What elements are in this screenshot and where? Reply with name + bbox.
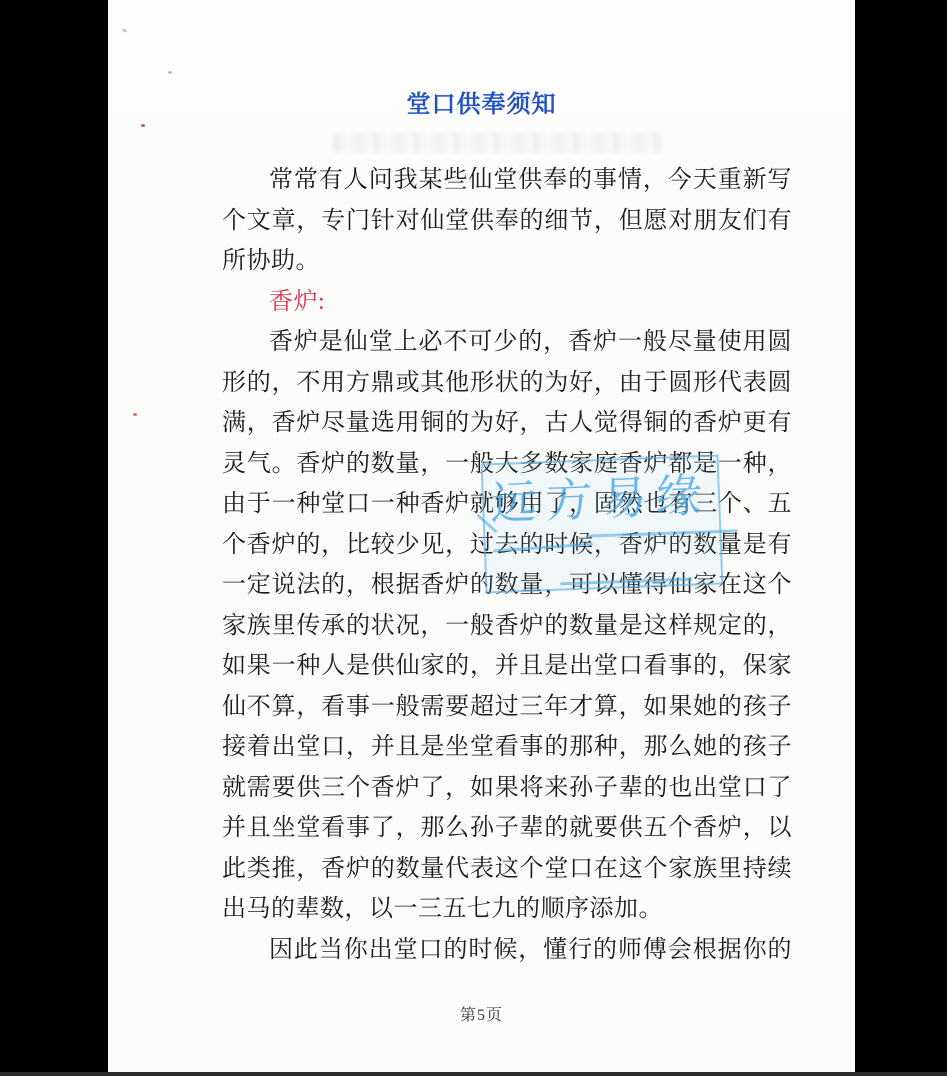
body-line: 形的，不用方鼎或其他形状的为好，由于圆形代表圆 (222, 363, 792, 404)
body-line: 所协助。 (222, 241, 792, 282)
body-line: 香炉是仙堂上必不可少的，香炉一般尽量使用圆 (222, 322, 792, 363)
scan-speck (133, 413, 137, 416)
body-line: 仙不算，看事一般需要超过三年才算，如果她的孩子 (222, 687, 792, 728)
body-line: 出马的辈数，以一三五七九的顺序添加。 (222, 889, 792, 930)
watermark-stamp-box: 远方易缘 (481, 454, 724, 593)
watermark-text: 远方易缘 (483, 458, 719, 533)
body-line: 个文章，专门针对仙堂供奉的细节，但愿对朋友们有 (222, 201, 792, 242)
body-line: 常常有人问我某些仙堂供奉的事情，今天重新写 (222, 160, 792, 201)
body-line: 接着出堂口，并且是坐堂看事的那种，那么她的孩子 (222, 727, 792, 768)
scan-speck (168, 71, 172, 74)
body-line: 家族里传承的状况，一般香炉的数量是这样规定的， (222, 606, 792, 647)
section-heading-incense-burner: 香炉: (222, 282, 792, 323)
document-page: 堂口供奉须知 常常有人问我某些仙堂供奉的事情，今天重新写 个文章，专门针对仙堂供… (108, 0, 855, 1072)
body-line: 此类推，香炉的数量代表这个堂口在这个家族里持续 (222, 849, 792, 890)
body-line: 并且坐堂看事了，那么孙子辈的就要供五个香炉，以 (222, 808, 792, 849)
bleed-through-ghost-text (333, 133, 663, 153)
scanned-document-screen: { "document": { "title": "堂口供奉须知", "line… (0, 0, 947, 1076)
page-title: 堂口供奉须知 (108, 84, 855, 119)
body-line: 就需要供三个香炉了，如果将来孙子辈的也出堂口了 (222, 768, 792, 809)
scan-speck (141, 124, 145, 127)
body-line: 如果一种人是供仙家的，并且是出堂口看事的，保家 (222, 646, 792, 687)
scan-speck (122, 28, 128, 33)
scan-bottom-edge (0, 1072, 947, 1076)
body-line: 满，香炉尽量选用铜的为好，古人觉得铜的香炉更有 (222, 403, 792, 444)
body-line: 因此当你出堂口的时候，懂行的师傅会根据你的 (222, 930, 792, 971)
page-number: 第5页 (108, 1002, 855, 1025)
